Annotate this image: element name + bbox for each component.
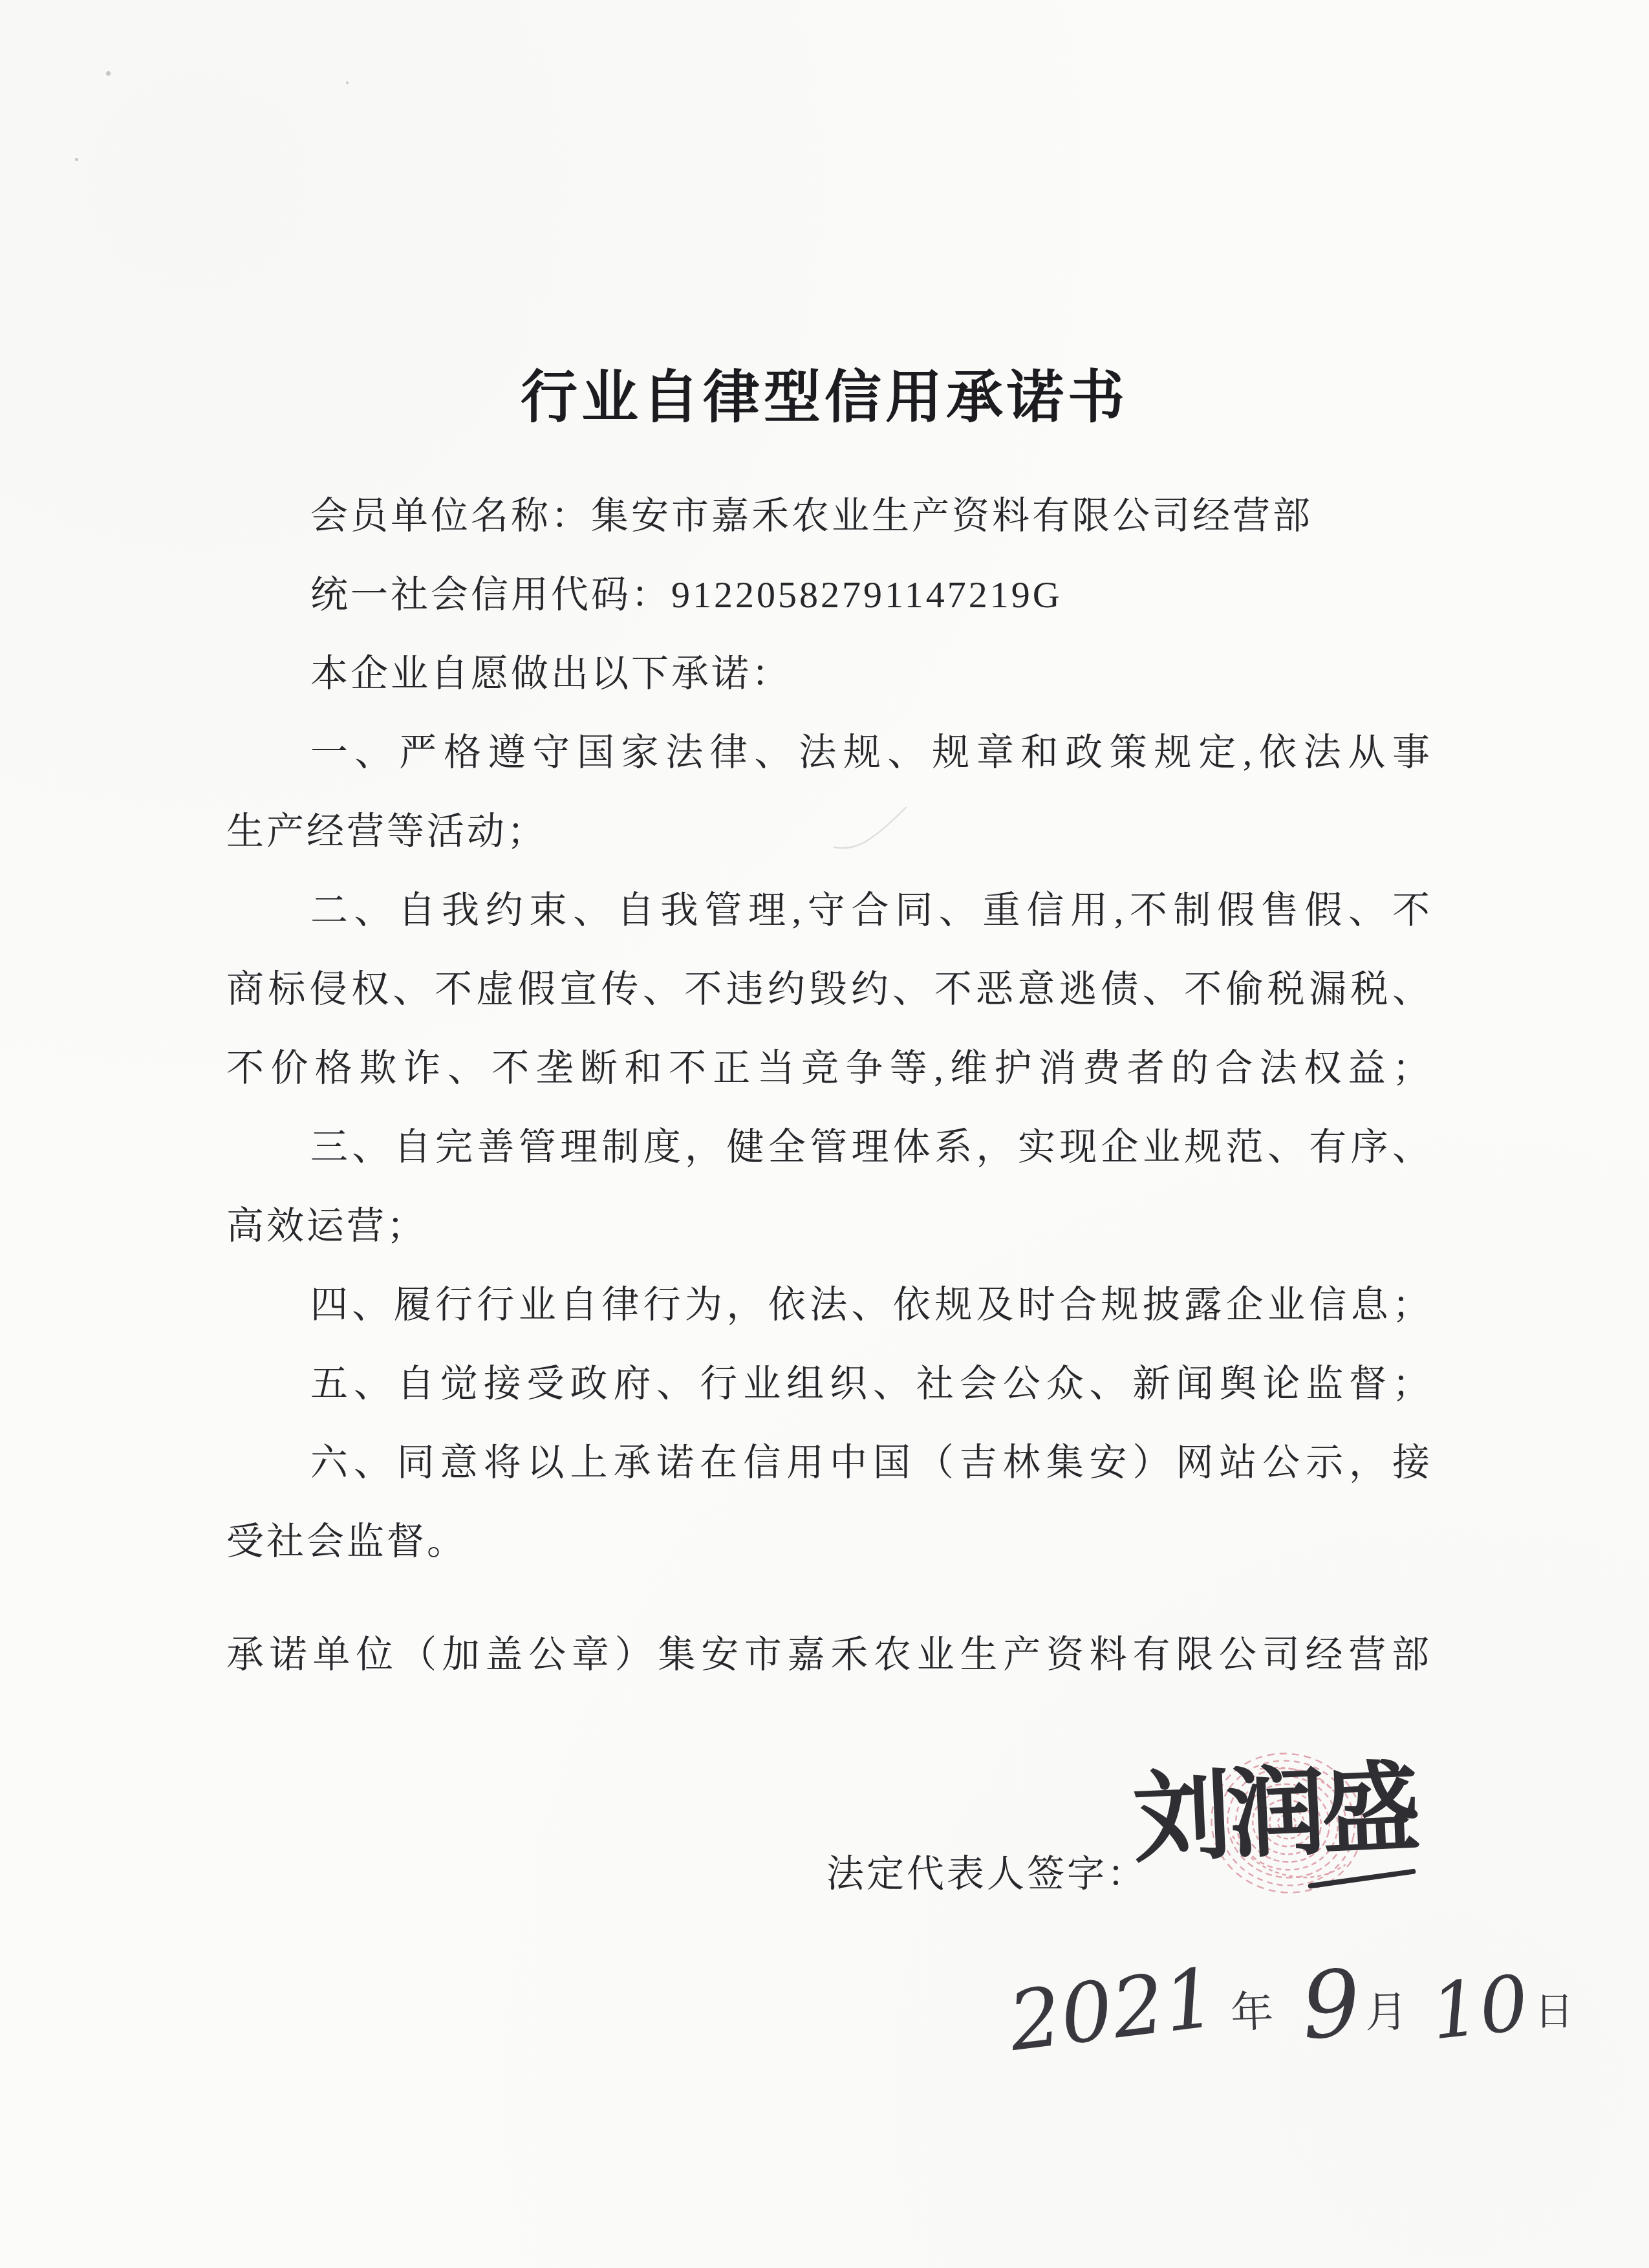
commitment-line-4: 四、履行行业自律行为，依法、依规及时合规披露企业信息； xyxy=(226,1266,1432,1345)
date-handwriting: 2021 年 9 月 10 日 xyxy=(1009,1952,1573,2061)
commitment-line-5: 五、自觉接受政府、行业组织、社会公众、新闻舆论监督； xyxy=(226,1345,1432,1423)
commitment-line-3b: 高效运营； xyxy=(226,1187,1432,1266)
commitment-line-1b: 生产经营等活动； xyxy=(226,792,1432,871)
date-month-unit: 月 xyxy=(1364,1977,1408,2039)
scan-speck xyxy=(346,81,349,84)
member-unit-line: 会员单位名称：集安市嘉禾农业生产资料有限公司经营部 xyxy=(226,477,1432,556)
commitment-line-2: 二、自我约束、自我管理,守合同、重信用,不制假售假、不 xyxy=(226,871,1432,950)
commitment-line-6b: 受社会监督。 xyxy=(226,1502,1432,1581)
scan-speck xyxy=(106,71,111,76)
scanned-document-page: 行业自律型信用承诺书 会员单位名称：集安市嘉禾农业生产资料有限公司经营部 统一社… xyxy=(0,0,1649,2268)
date-year-unit: 年 xyxy=(1229,1977,1274,2040)
commitment-line-2b: 商标侵权、不虚假宣传、不违约毁约、不恶意逃债、不偷税漏税、 xyxy=(226,950,1432,1029)
date-day: 10 xyxy=(1427,1958,1533,2057)
scan-speck xyxy=(75,158,78,161)
commitment-line-1: 一、严格遵守国家法律、法规、规章和政策规定,依法从事 xyxy=(226,713,1432,792)
commitment-line-6: 六、同意将以上承诺在信用中国（吉林集安）网站公示，接 xyxy=(226,1423,1432,1502)
scan-artifact-curve xyxy=(831,807,915,852)
signature-handwriting: 刘润盛 xyxy=(1130,1748,1419,1878)
document-title: 行业自律型信用承诺书 xyxy=(0,352,1649,433)
commitment-line-3: 三、自完善管理制度，健全管理体系，实现企业规范、有序、 xyxy=(226,1108,1432,1187)
date-day-unit: 日 xyxy=(1535,1981,1573,2036)
pledge-intro-line: 本企业自愿做出以下承诺： xyxy=(226,634,1432,713)
date-year: 2021 xyxy=(1004,1950,1221,2069)
credit-code-line: 统一社会信用代码：91220582791147219G xyxy=(226,556,1432,634)
committing-unit-line: 承诺单位（加盖公章）集安市嘉禾农业生产资料有限公司经营部 xyxy=(226,1626,1432,1684)
document-body: 会员单位名称：集安市嘉禾农业生产资料有限公司经营部 统一社会信用代码：91220… xyxy=(226,477,1432,1581)
commitment-line-2c: 不价格欺诈、不垄断和不正当竞争等,维护消费者的合法权益； xyxy=(226,1029,1432,1108)
date-month: 9 xyxy=(1298,1950,1364,2060)
signature-label: 法定代表人签字： xyxy=(826,1848,1147,1900)
